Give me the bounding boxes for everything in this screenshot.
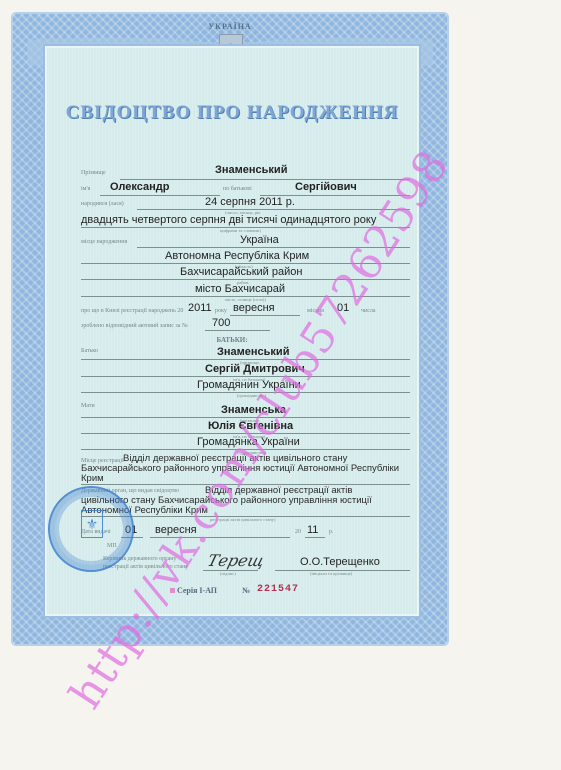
- born-label: народився (лася): [81, 201, 124, 207]
- surname-label: Прізвище: [81, 170, 106, 176]
- father-surname: Знаменський: [217, 346, 289, 358]
- father-label: Батько: [81, 348, 98, 354]
- record-number: 700: [212, 317, 230, 329]
- name-line: [100, 195, 220, 196]
- child-surname: Знаменський: [215, 164, 287, 176]
- series-number-sign: №: [242, 586, 250, 595]
- registration-month: вересня: [233, 302, 275, 314]
- seal-trident-icon: ⚜: [81, 510, 103, 538]
- series-label: Серія І-АП: [170, 586, 217, 595]
- surname-line: [120, 179, 410, 180]
- official-name-caption: (ініціали та прізвище): [310, 571, 352, 576]
- parents-heading: БАТЬКИ:: [45, 336, 419, 344]
- registration-year: 2011: [188, 302, 212, 314]
- signature-caption: (підпис): [220, 571, 236, 576]
- birth-date-digits: 24 серпня 2011 р.: [205, 196, 295, 208]
- child-name: Олександр: [110, 181, 169, 193]
- name-label: ім'я: [81, 186, 90, 192]
- birth-date-line: [137, 209, 410, 210]
- registration-year-suffix: року: [215, 308, 227, 314]
- birth-date-words-caption: цифрами та словами): [220, 228, 261, 233]
- record-label: зроблено відповідний актовий запис за №: [81, 323, 188, 329]
- signature: Терещ: [205, 551, 266, 570]
- issue-date-month: вересня: [155, 524, 197, 536]
- birthplace-city: місто Бахчисарай: [195, 283, 285, 295]
- mother-surname: Знаменська: [221, 404, 286, 416]
- birthplace-label: місце народження: [81, 239, 127, 245]
- registration-day-suffix: числа: [361, 308, 376, 314]
- ornamental-border: УКРАЇНА ⚜ СВІДОЦТВО ПРО НАРОДЖЕННЯ Прізв…: [13, 14, 447, 644]
- country-label: УКРАЇНА: [13, 22, 447, 31]
- record-number-line: [205, 330, 270, 331]
- reg-place-line3: Крим: [81, 474, 104, 484]
- series-text: Серія І-АП: [177, 586, 217, 595]
- birthplace-country: Україна: [240, 234, 279, 246]
- registration-month-suffix: місяця: [307, 308, 324, 314]
- issuer-caption: реєстрації актів цивільного стану): [210, 517, 276, 522]
- issue-date-year-prefix: 20: [295, 529, 301, 535]
- father-citizenship-caption: (громадянство): [237, 393, 266, 398]
- certificate-body: СВІДОЦТВО ПРО НАРОДЖЕННЯ Прізвище Знамен…: [43, 44, 421, 618]
- issue-date-year-line: [305, 537, 325, 538]
- official-name: О.О.Терещенко: [300, 556, 380, 568]
- child-patronymic: Сергійович: [295, 181, 357, 193]
- issue-date-year-suffix: р.: [329, 529, 334, 535]
- mother-name: Юлія Євгенівна: [208, 420, 293, 432]
- official-seal-stamp: ⚜: [48, 486, 134, 572]
- birthplace-district: Бахчисарайський район: [180, 266, 302, 278]
- father-name: Сергій Дмитрович: [205, 363, 305, 375]
- issue-date-year: 11: [307, 524, 318, 536]
- head-label-line2: реєстрації актів цивільного стану: [103, 564, 188, 570]
- registration-prefix: про що в Книзі реєстрації народжень 20: [81, 308, 183, 314]
- series-number: 221547: [257, 584, 299, 595]
- birth-date-words: двадцять четвертого серпня дві тисячі од…: [81, 214, 376, 226]
- mother-citizenship: Громадянка України: [197, 436, 300, 448]
- father-citizenship: Громадянин України: [197, 379, 301, 391]
- mother-label: Мати: [81, 403, 95, 409]
- document-title: СВІДОЦТВО ПРО НАРОДЖЕННЯ: [45, 102, 419, 124]
- patronymic-label: по батькові: [223, 186, 252, 192]
- registration-month-line: [230, 315, 300, 316]
- birthplace-country-line: [137, 247, 410, 248]
- series-marker-icon: [170, 588, 175, 593]
- issue-date-month-line: [150, 537, 290, 538]
- reg-place-line2: Бахчисарайського районного управління юс…: [81, 464, 399, 474]
- birthplace-region: Автономна Республіка Крим: [165, 250, 309, 262]
- registration-day: 01: [337, 302, 349, 314]
